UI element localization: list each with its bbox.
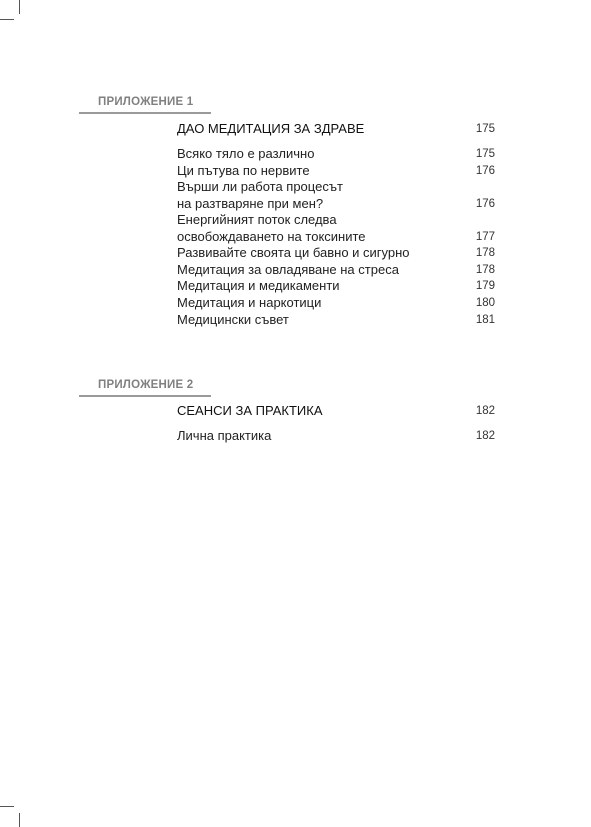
- entry-title: Върши ли работа процесът на разтваряне п…: [177, 179, 343, 212]
- page-number: 177: [476, 229, 495, 246]
- toc-entry[interactable]: Върши ли работа процесът на разтваряне п…: [177, 179, 495, 212]
- entry-title: Медитация и медикаменти: [177, 278, 340, 295]
- entry-title: Лична практика: [177, 428, 271, 445]
- entry-title: Развивайте своята ци бавно и сигурно: [177, 245, 410, 262]
- toc-entry[interactable]: Медитация и наркотици 180: [177, 295, 495, 312]
- entry-title: Медицински съвет: [177, 312, 289, 329]
- toc-entry[interactable]: Енергийният поток следва освобождаването…: [177, 212, 495, 245]
- page-number: 180: [476, 295, 495, 312]
- toc-entry[interactable]: Медицински съвет 181: [177, 312, 495, 329]
- page-number: 182: [476, 428, 495, 445]
- entry-title: Енергийният поток следва освобождаването…: [177, 212, 366, 245]
- entry-title: Медитация за овладяване на стреса: [177, 262, 399, 279]
- page-number: 182: [476, 403, 495, 420]
- toc-entry[interactable]: Медитация за овладяване на стреса 178: [177, 262, 495, 279]
- page-number: 178: [476, 262, 495, 279]
- section-label: ПРИЛОЖЕНИЕ 2: [98, 379, 193, 391]
- entry-title: Всяко тяло е различно: [177, 146, 314, 163]
- crop-mark-top-horizontal: [0, 19, 14, 20]
- page-number: 175: [476, 146, 495, 163]
- crop-mark-top-vertical: [19, 0, 20, 14]
- toc-entry[interactable]: Лична практика 182: [177, 428, 495, 445]
- toc-chapter[interactable]: СЕАНСИ ЗА ПРАКТИКА 182: [177, 403, 495, 420]
- crop-mark-bottom-horizontal: [0, 806, 14, 807]
- section-divider: [79, 395, 211, 397]
- toc-entry[interactable]: Развивайте своята ци бавно и сигурно 178: [177, 245, 495, 262]
- page-number: 181: [476, 312, 495, 329]
- page-number: 178: [476, 245, 495, 262]
- section-label: ПРИЛОЖЕНИЕ 1: [98, 96, 193, 108]
- page-number: 175: [476, 121, 495, 138]
- toc-entry[interactable]: Ци пътува по нервите 176: [177, 163, 495, 180]
- entry-title: Ци пътува по нервите: [177, 163, 310, 180]
- page-number: 176: [476, 196, 495, 213]
- entry-title: Медитация и наркотици: [177, 295, 321, 312]
- crop-mark-bottom-vertical: [19, 813, 20, 827]
- chapter-title: СЕАНСИ ЗА ПРАКТИКА: [177, 403, 323, 420]
- toc-chapter[interactable]: ДАО МЕДИТАЦИЯ ЗА ЗДРАВЕ 175: [177, 121, 495, 138]
- page-number: 176: [476, 163, 495, 180]
- chapter-title: ДАО МЕДИТАЦИЯ ЗА ЗДРАВЕ: [177, 121, 364, 138]
- toc-entry[interactable]: Всяко тяло е различно 175: [177, 146, 495, 163]
- section-divider: [79, 112, 211, 114]
- page-number: 179: [476, 278, 495, 295]
- toc-entry[interactable]: Медитация и медикаменти 179: [177, 278, 495, 295]
